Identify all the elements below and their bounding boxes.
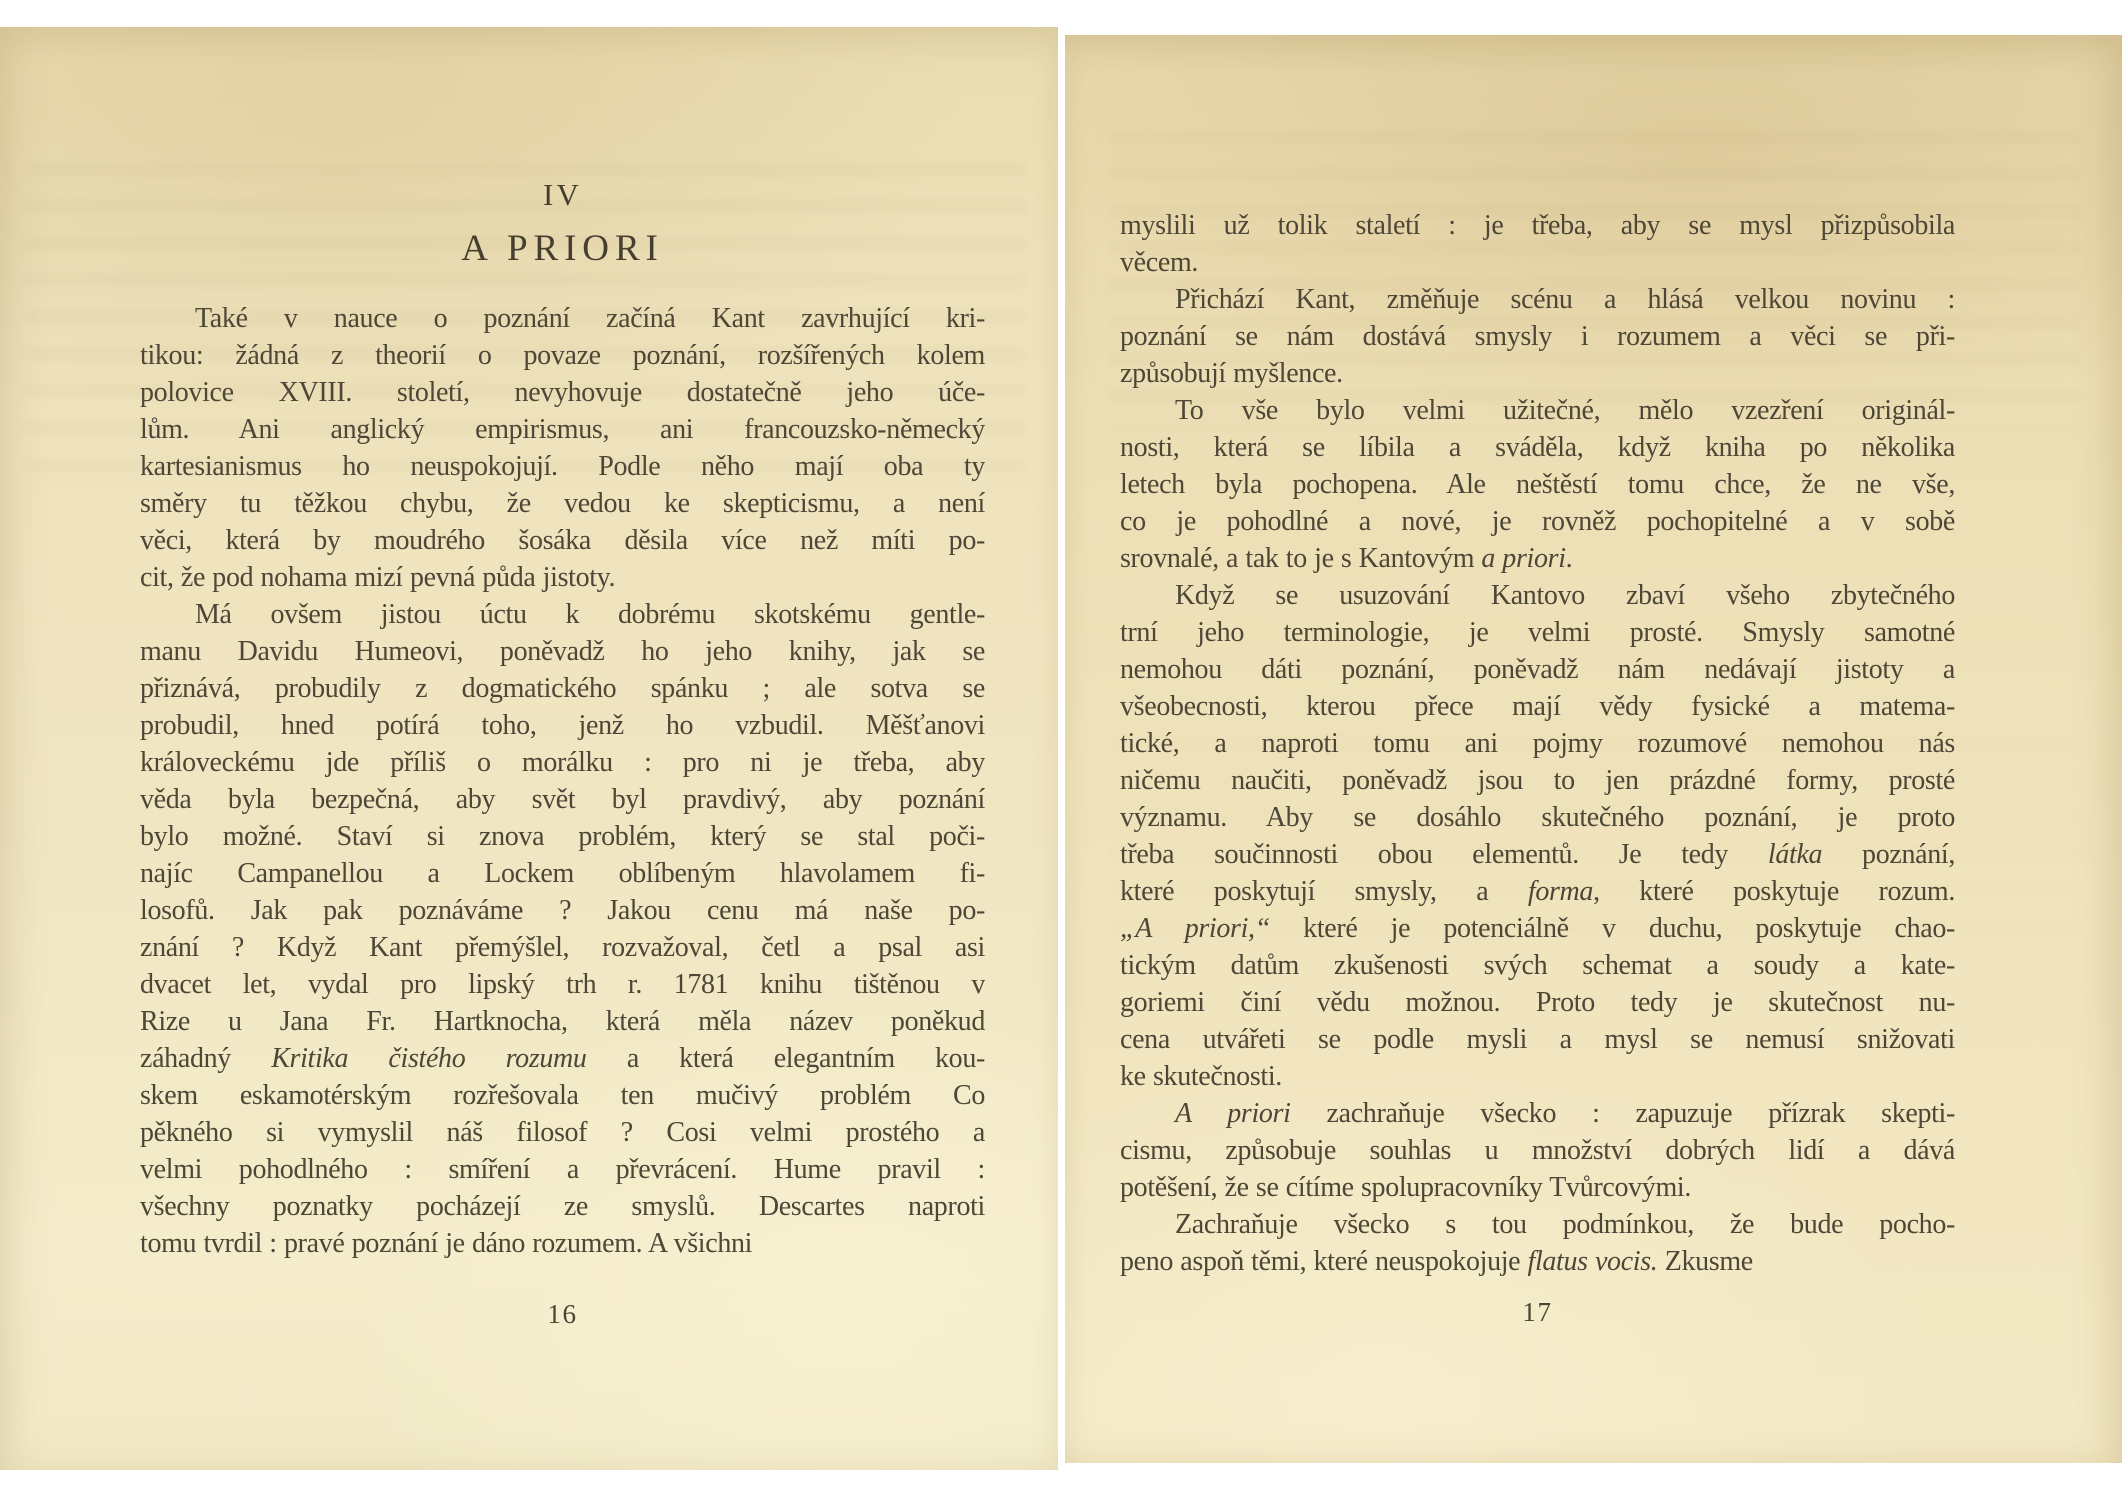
paragraph: Také v nauce o poznání začíná Kant zavrh…	[140, 300, 985, 596]
text-line: přiznává, probudily z dogmatického spánk…	[140, 670, 985, 707]
text-line: myslili už tolik staletí : je třeba, aby…	[1120, 207, 1955, 244]
text-line: královeckému jde příliš o morálku : pro …	[140, 744, 985, 781]
paragraph: Přichází Kant, změňuje scénu a hlásá vel…	[1120, 281, 1955, 392]
text-line: významu. Aby se dosáhlo skutečného pozná…	[1120, 799, 1955, 836]
text-line: peno aspoň těmi, které neuspokojuje flat…	[1120, 1243, 1955, 1280]
text-line: všeobecnosti, kterou přece mají vědy fys…	[1120, 688, 1955, 725]
page-right: myslili už tolik staletí : je třeba, aby…	[1065, 35, 2122, 1463]
text-line: poznání se nám dostává smysly i rozumem …	[1120, 318, 1955, 355]
text-line: srovnalé, a tak to je s Kantovým a prior…	[1120, 540, 1955, 577]
text-line: tomu tvrdil : pravé poznání je dáno rozu…	[140, 1225, 985, 1262]
text-line: záhadný Kritika čistého rozumu a která e…	[140, 1040, 985, 1077]
text-line: „A priori,“ které je potenciálně v duchu…	[1120, 910, 1955, 947]
chapter-title: A PRIORI	[140, 227, 985, 270]
text-line: tické, a naproti tomu ani pojmy rozumové…	[1120, 725, 1955, 762]
paragraph: To vše bylo velmi užitečné, mělo vzezřen…	[1120, 392, 1955, 577]
text-line: věcem.	[1120, 244, 1955, 281]
text-line: bylo možné. Staví si znova problém, kter…	[140, 818, 985, 855]
page-number-right: 17	[1120, 1297, 1955, 1328]
page-left: IV A PRIORI Také v nauce o poznání začín…	[0, 27, 1058, 1470]
text-line: trní jeho terminologie, je velmi prosté.…	[1120, 614, 1955, 651]
text-line: potěšení, že se cítíme spolupracovníky T…	[1120, 1169, 1955, 1206]
right-text-block: myslili už tolik staletí : je třeba, aby…	[1120, 207, 1955, 1280]
paragraph: Když se usuzování Kantovo zbaví všeho zb…	[1120, 577, 1955, 1095]
text-line: tikou: žádná z theorií o povaze poznání,…	[140, 337, 985, 374]
paragraph: Zachraňuje všecko s tou podmínkou, že bu…	[1120, 1206, 1955, 1280]
text-line: ničemu naučiti, poněvadž jsou to jen prá…	[1120, 762, 1955, 799]
text-line: ke skutečnosti.	[1120, 1058, 1955, 1095]
text-line: letech byla pochopena. Ale neštěstí tomu…	[1120, 466, 1955, 503]
text-line: manu Davidu Humeovi, poněvadž ho jeho kn…	[140, 633, 985, 670]
text-line: skem eskamotérským rozřešovala ten mučiv…	[140, 1077, 985, 1114]
text-line: najíc Campanellou a Lockem oblíbeným hla…	[140, 855, 985, 892]
left-text-block: Také v nauce o poznání začíná Kant zavrh…	[140, 300, 985, 1262]
text-line: goriemi činí vědu možnou. Proto tedy je …	[1120, 984, 1955, 1021]
text-line: nosti, která se líbila a sváděla, když k…	[1120, 429, 1955, 466]
text-line: směry tu těžkou chybu, že vedou ke skept…	[140, 485, 985, 522]
text-line: co je pohodlné a nové, je rovněž pochopi…	[1120, 503, 1955, 540]
text-line: Když se usuzování Kantovo zbaví všeho zb…	[1120, 577, 1955, 614]
text-line: nemohou dáti poznání, poněvadž nám nedáv…	[1120, 651, 1955, 688]
text-line: věci, která by moudrého šosáka děsila ví…	[140, 522, 985, 559]
text-line: lům. Ani anglický empirismus, ani franco…	[140, 411, 985, 448]
text-line: kartesianismus ho neuspokojují. Podle ně…	[140, 448, 985, 485]
text-line: způsobují myšlence.	[1120, 355, 1955, 392]
text-line: Má ovšem jistou úctu k dobrému skotskému…	[140, 596, 985, 633]
text-line: věda byla bezpečná, aby svět byl pravdiv…	[140, 781, 985, 818]
paragraph: A priori zachraňuje všecko : zapuzuje př…	[1120, 1095, 1955, 1206]
paragraph: myslili už tolik staletí : je třeba, aby…	[1120, 207, 1955, 281]
text-line: cena utvářeti se podle mysli a mysl se n…	[1120, 1021, 1955, 1058]
text-line: Zachraňuje všecko s tou podmínkou, že bu…	[1120, 1206, 1955, 1243]
text-line: losofů. Jak pak poznáváme ? Jakou cenu m…	[140, 892, 985, 929]
text-line: cit, že pod nohama mizí pevná půda jisto…	[140, 559, 985, 596]
text-line: třeba součinnosti obou elementů. Je tedy…	[1120, 836, 1955, 873]
text-line: probudil, hned potírá toho, jenž ho vzbu…	[140, 707, 985, 744]
paragraph: Má ovšem jistou úctu k dobrému skotskému…	[140, 596, 985, 1262]
page-number-left: 16	[140, 1299, 985, 1330]
text-line: znání ? Když Kant přemýšlel, rozvažoval,…	[140, 929, 985, 966]
book-scan-spread: IV A PRIORI Také v nauce o poznání začín…	[0, 0, 2122, 1500]
text-line: všechny poznatky pocházejí ze smyslů. De…	[140, 1188, 985, 1225]
text-line: tickým datům zkušenosti svých schemat a …	[1120, 947, 1955, 984]
text-line: Přichází Kant, změňuje scénu a hlásá vel…	[1120, 281, 1955, 318]
text-line: polovice XVIII. století, nevyhovuje dost…	[140, 374, 985, 411]
text-line: A priori zachraňuje všecko : zapuzuje př…	[1120, 1095, 1955, 1132]
text-line: velmi pohodlného : smíření a převrácení.…	[140, 1151, 985, 1188]
chapter-number: IV	[140, 177, 985, 213]
text-line: Rize u Jana Fr. Hartknocha, která měla n…	[140, 1003, 985, 1040]
text-line: To vše bylo velmi užitečné, mělo vzezřen…	[1120, 392, 1955, 429]
text-line: Také v nauce o poznání začíná Kant zavrh…	[140, 300, 985, 337]
text-line: pěkného si vymyslil náš filosof ? Cosi v…	[140, 1114, 985, 1151]
text-line: cismu, způsobuje souhlas u množství dobr…	[1120, 1132, 1955, 1169]
text-line: které poskytují smysly, a forma, které p…	[1120, 873, 1955, 910]
text-line: dvacet let, vydal pro lipský trh r. 1781…	[140, 966, 985, 1003]
